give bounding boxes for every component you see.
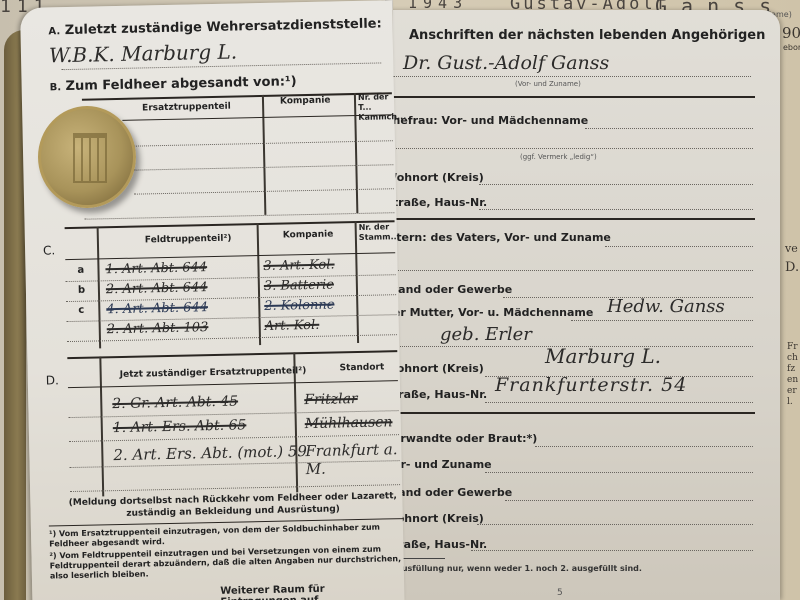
unit-cell: 1. Art. Ers. Abt. 65 bbox=[113, 417, 247, 436]
divider bbox=[65, 252, 395, 260]
column-divider bbox=[99, 356, 103, 496]
divider bbox=[65, 220, 395, 229]
dotted-line bbox=[393, 76, 751, 77]
location-cell: Frankfurt a. M. bbox=[305, 440, 402, 478]
next-of-kin-name: Dr. Gust.-Adolf Ganss bbox=[403, 52, 763, 74]
dotted-line bbox=[585, 128, 753, 129]
partial-text: D. bbox=[785, 260, 799, 275]
unit-cell: 2. Art. Ers. Abt. (mot.) 59 bbox=[113, 442, 307, 464]
coin bbox=[38, 106, 136, 208]
dotted-line bbox=[571, 320, 753, 321]
divider bbox=[385, 412, 755, 414]
col-header-feldtruppenteil: Feldtruppenteil²) bbox=[145, 234, 232, 246]
col-header-nr: Nr. der T... Kammch... bbox=[358, 92, 399, 123]
left-footer: Weiterer Raum für Eintragungen auf bbox=[220, 582, 404, 600]
dotted-line bbox=[605, 246, 753, 247]
divider bbox=[68, 380, 398, 388]
column-divider bbox=[97, 226, 101, 348]
partial-number: 90 bbox=[782, 24, 800, 42]
unit-cell: 2. Gr. Art. Abt. 45 bbox=[112, 394, 238, 413]
partial-text: ve bbox=[785, 242, 798, 255]
ledig-caption: (ggf. Vermerk „ledig“) bbox=[520, 153, 597, 161]
parents-strasse-label: Straße, Haus-Nr. bbox=[385, 388, 487, 401]
page-number: 5 bbox=[557, 588, 563, 598]
mother-maiden-name: geb. Erler bbox=[440, 324, 532, 345]
partial-text: ebor bbox=[783, 43, 800, 52]
unit-cell: 2. Art. Abt. 644 bbox=[106, 280, 208, 297]
company-cell: Art. Kol. bbox=[265, 318, 320, 334]
ehefrau-wohnort-label: Wohnort (Kreis) bbox=[385, 171, 484, 184]
dotted-line bbox=[535, 446, 753, 447]
location-cell: Fritzlar bbox=[304, 391, 358, 408]
col-header-ersatztruppenteil: Jetzt zuständiger Ersatztruppenteil²) bbox=[120, 366, 307, 380]
dotted-line bbox=[479, 184, 753, 185]
section-a-title: A. Zuletzt zuständige Wehrersatzdienstst… bbox=[48, 16, 382, 38]
unit-cell: 1. Art. Abt. 644 bbox=[105, 260, 207, 277]
column-divider bbox=[257, 223, 261, 345]
company-cell: 3. Art. Kol. bbox=[263, 257, 334, 273]
dotted-line bbox=[385, 148, 753, 149]
brandenburg-gate-icon bbox=[73, 133, 107, 183]
section-c-letter: C. bbox=[43, 243, 55, 257]
table-row bbox=[84, 212, 394, 219]
section-d-letter: D. bbox=[46, 373, 59, 387]
company-cell: 3. Batterie bbox=[264, 277, 334, 293]
col-header-nr: Nr. der Stamm... bbox=[359, 222, 399, 243]
dotted-line bbox=[485, 402, 753, 403]
parents-strasse: Frankfurterstr. 54 bbox=[495, 374, 687, 396]
right-page-title: Anschriften der nächsten lebenden Angehö… bbox=[409, 28, 765, 43]
dotted-line bbox=[479, 209, 753, 210]
parents-wohnort-label: Wohnort (Kreis) bbox=[385, 362, 484, 375]
left-page: A. Zuletzt zuständige Wehrersatzdienstst… bbox=[20, 0, 404, 600]
verwandte-label: Verwandte oder Braut:*) bbox=[385, 432, 537, 445]
father-label: Eltern: des Vaters, Vor- und Zuname bbox=[385, 231, 611, 244]
column-divider bbox=[262, 95, 266, 215]
divider bbox=[385, 218, 755, 220]
dotted-line bbox=[485, 472, 753, 473]
dotted-line bbox=[385, 270, 753, 271]
col-header-standort: Standort bbox=[340, 362, 385, 373]
col-header-kompanie: Kompanie bbox=[283, 229, 334, 240]
company-cell: 2. Kolonne bbox=[264, 297, 334, 313]
ehefrau-label: Ehefrau: Vor- und Mädchenname bbox=[385, 114, 588, 127]
dotted-line bbox=[477, 524, 753, 525]
divider bbox=[122, 114, 392, 121]
section-b-title: B. Zum Feldheer abgesandt von:¹) bbox=[50, 74, 297, 94]
dotted-line bbox=[505, 500, 753, 501]
col-header-ersatztruppenteil: Ersatztruppenteil bbox=[142, 102, 231, 114]
right-page: Anschriften der nächsten lebenden Angehö… bbox=[385, 10, 780, 600]
right-footnote: *) Ausfüllung nur, wenn weder 1. noch 2.… bbox=[385, 564, 642, 573]
table-row: a 1. Art. Abt. 644 3. Art. Kol. bbox=[67, 258, 397, 265]
parents-wohnort: Marburg L. bbox=[545, 344, 661, 368]
location-cell: Mühlhausen bbox=[305, 414, 393, 432]
mother-name: Hedw. Ganss bbox=[607, 296, 725, 317]
section-a-value: W.B.K. Marburg L. bbox=[49, 39, 238, 67]
divider bbox=[385, 96, 755, 98]
section-d-note: (Meldung dortselbst nach Rückkehr vom Fe… bbox=[60, 490, 405, 521]
partial-text-block: Fr ch fz en er l. bbox=[787, 342, 798, 408]
name-caption: (Vor- und Zuname) bbox=[515, 80, 581, 88]
footnote-2: ²) Vom Feldtruppenteil einzutragen und b… bbox=[49, 544, 405, 581]
unit-cell: 2. Art. Abt. 103 bbox=[107, 320, 209, 337]
divider bbox=[82, 92, 392, 100]
divider bbox=[67, 350, 397, 359]
mother-label: der Mutter, Vor- u. Mädchenname bbox=[385, 306, 593, 319]
col-header-kompanie: Kompanie bbox=[280, 96, 331, 107]
father-stand-label: Stand oder Gewerbe bbox=[385, 283, 512, 296]
ehefrau-strasse-label: Straße, Haus-Nr. bbox=[385, 196, 487, 209]
dotted-line bbox=[471, 550, 753, 551]
unit-cell: 4. Art. Abt. 644 bbox=[106, 300, 208, 317]
